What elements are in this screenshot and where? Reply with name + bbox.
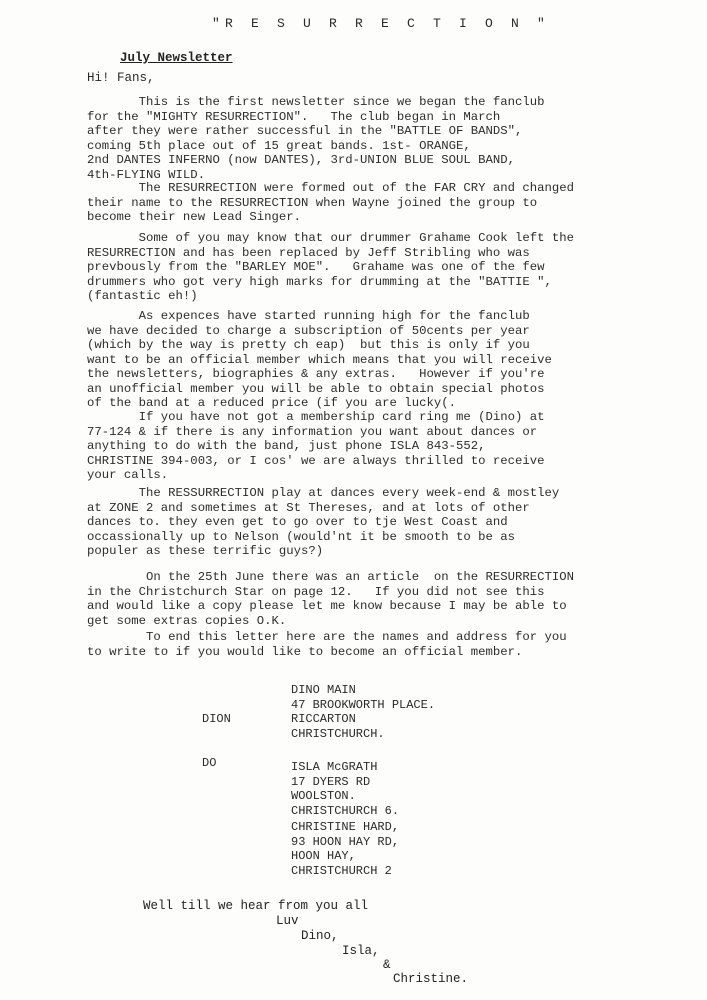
paragraph: If you have not got a membership card ri… [87, 410, 545, 483]
paragraph-line: their name to the RESURRECTION when Wayn… [87, 196, 574, 211]
paragraph-line: after they were rather successful in the… [87, 124, 545, 139]
address-line: CHRISTINE HARD, [291, 820, 399, 835]
paragraph-line: 2nd DANTES INFERNO (now DANTES), 3rd-UNI… [87, 153, 545, 168]
address-label-line: DION [202, 712, 231, 727]
paragraph-line: want to be an official member which mean… [87, 353, 552, 368]
paragraph-line: The RESURRECTION were formed out of the … [87, 181, 574, 196]
paragraph-line: to write to if you would like to become … [87, 645, 567, 660]
address-block: CHRISTINE HARD,93 HOON HAY RD,HOON HAY,C… [291, 820, 399, 878]
paragraph-line: become their new Lead Singer. [87, 210, 574, 225]
paragraph-line: the newsletters, biographies & any extra… [87, 367, 552, 382]
address-line: ISLA McGRATH [291, 760, 399, 775]
signature-ampersand: & [383, 958, 391, 972]
address-line: 47 BROOKWORTH PLACE. [291, 698, 435, 713]
paragraph: On the 25th June there was an article on… [87, 570, 574, 628]
address-label: DION DO [202, 683, 231, 799]
paragraph-line: To end this letter here are the names an… [87, 630, 567, 645]
paragraph-line: 77-124 & if there is any information you… [87, 425, 545, 440]
address-label-line: DO [202, 756, 231, 771]
paragraph: To end this letter here are the names an… [87, 630, 567, 659]
paragraph-line: we have decided to charge a subscription… [87, 324, 552, 339]
paragraph-line: (which by the way is pretty ch eap) but … [87, 338, 552, 353]
paragraph-line: (fantastic eh!) [87, 289, 574, 304]
paragraph-line: and would like a copy please let me know… [87, 599, 574, 614]
address-line: RICCARTON [291, 712, 435, 727]
closing-luv: Luv [276, 914, 299, 928]
paragraph-line: an unofficial member you will be able to… [87, 382, 552, 397]
address-line: WOOLSTON. [291, 789, 399, 804]
newsletter-page: "R E S U R R E C T I O N " July Newslett… [0, 0, 707, 1000]
paragraph-line: Some of you may know that our drummer Gr… [87, 231, 574, 246]
paragraph-line: of the band at a reduced price (if you a… [87, 396, 552, 411]
address-line: HOON HAY, [291, 849, 399, 864]
signature-christine: Christine. [393, 972, 468, 986]
signature-isla: Isla, [342, 944, 380, 958]
address-line: 17 DYERS RD [291, 775, 399, 790]
signature-dino: Dino, [301, 929, 339, 943]
paragraph-line: in the Christchurch Star on page 12. If … [87, 585, 574, 600]
paragraph: As expences have started running high fo… [87, 309, 552, 411]
paragraph-line: anything to do with the band, just phone… [87, 439, 545, 454]
address-line: CHRISTCHURCH 6. [291, 804, 399, 819]
paragraph-line: dances to. they even get to go over to t… [87, 515, 559, 530]
paragraph-line: As expences have started running high fo… [87, 309, 552, 324]
address-block: ISLA McGRATH17 DYERS RDWOOLSTON.CHRISTCH… [291, 760, 399, 818]
paragraph-line: coming 5th place out of 15 great bands. … [87, 139, 545, 154]
paragraph: This is the first newsletter since we be… [87, 95, 545, 182]
paragraph: The RESURRECTION were formed out of the … [87, 181, 574, 225]
paragraph-line: CHRISTINE 394-003, or I cos' we are alwa… [87, 454, 545, 469]
paragraph-line: drummers who got very high marks for dru… [87, 275, 574, 290]
paragraph: Some of you may know that our drummer Gr… [87, 231, 574, 304]
paragraph-line: occassionally up to Nelson (would'nt it … [87, 530, 559, 545]
address-line: CHRISTCHURCH. [291, 727, 435, 742]
address-line: 93 HOON HAY RD, [291, 835, 399, 850]
address-block: DINO MAIN47 BROOKWORTH PLACE.RICCARTONCH… [291, 683, 435, 741]
paragraph-line: The RESSURRECTION play at dances every w… [87, 486, 559, 501]
newsletter-subtitle: July Newsletter [120, 51, 233, 65]
paragraph-line: prevbously from the "BARLEY MOE". Graham… [87, 260, 574, 275]
paragraph-line: your calls. [87, 468, 545, 483]
document-title: "R E S U R R E C T I O N " [212, 16, 550, 31]
paragraph-line: for the "MIGHTY RESURRECTION". The club … [87, 110, 545, 125]
paragraph-line: On the 25th June there was an article on… [87, 570, 574, 585]
address-line: CHRISTCHURCH 2 [291, 864, 399, 879]
paragraph-line: get some extras copies O.K. [87, 614, 574, 629]
greeting: Hi! Fans, [87, 71, 155, 85]
closing-line: Well till we hear from you all [143, 899, 368, 913]
paragraph-line: This is the first newsletter since we be… [87, 95, 545, 110]
paragraph-line: populer as these terrific guys?) [87, 544, 559, 559]
paragraph-line: RESURRECTION and has been replaced by Je… [87, 246, 574, 261]
paragraph-line: 4th-FLYING WILD. [87, 168, 545, 183]
address-line: DINO MAIN [291, 683, 435, 698]
paragraph-line: If you have not got a membership card ri… [87, 410, 545, 425]
paragraph-line: at ZONE 2 and sometimes at St Thereses, … [87, 501, 559, 516]
paragraph: The RESSURRECTION play at dances every w… [87, 486, 559, 559]
